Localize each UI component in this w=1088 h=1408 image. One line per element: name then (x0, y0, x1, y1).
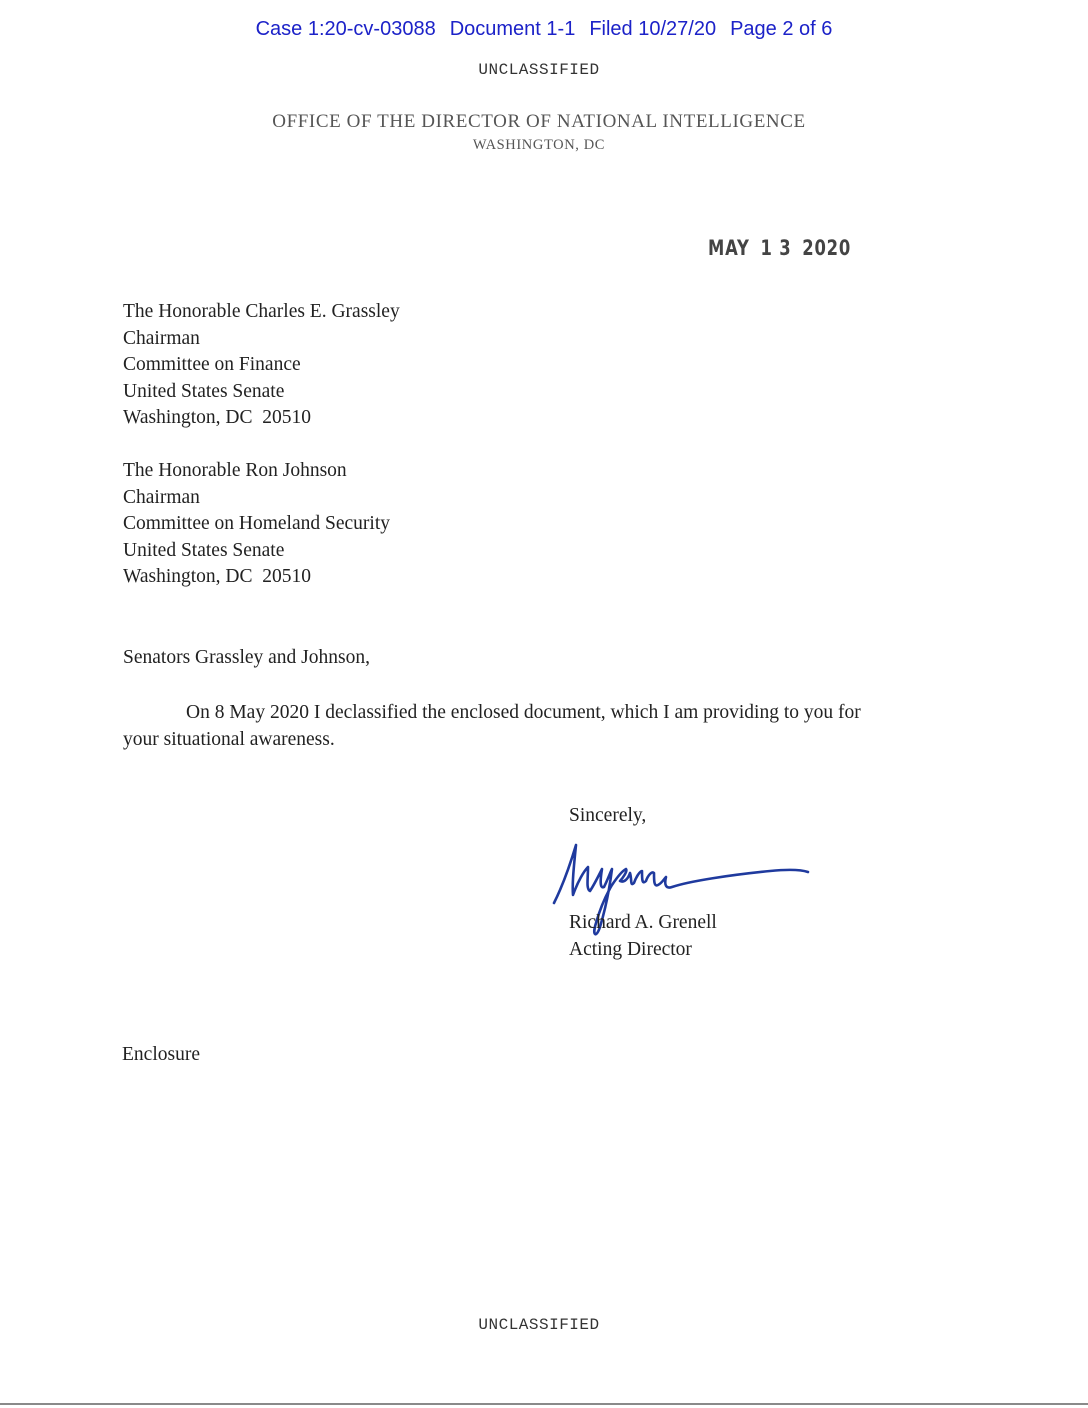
date-stamp-month: MAY (708, 236, 750, 260)
signer-title: Acting Director (569, 937, 717, 964)
recipient-line: The Honorable Ron Johnson (123, 458, 390, 485)
body-line: your situational awareness. (123, 727, 943, 754)
recipient-line: Chairman (123, 485, 390, 512)
signer-name: Richard A. Grenell (569, 910, 717, 937)
page-bottom-edge (0, 1403, 1088, 1405)
enclosure-note: Enclosure (122, 1042, 200, 1069)
recipient-line: Committee on Homeland Security (123, 511, 390, 538)
page-number: Page 2 of 6 (730, 18, 832, 40)
case-number: Case 1:20-cv-03088 (256, 18, 436, 40)
recipient-line: Committee on Finance (123, 352, 400, 379)
date-stamp: MAY1 32020 (708, 236, 851, 260)
recipient-address-1: The Honorable Charles E. Grassley Chairm… (123, 299, 400, 432)
signer-block: Richard A. Grenell Acting Director (569, 910, 717, 963)
body-line: On 8 May 2020 I declassified the enclose… (123, 700, 943, 727)
salutation: Senators Grassley and Johnson, (123, 645, 370, 672)
recipient-line: Washington, DC 20510 (123, 564, 390, 591)
document-number: Document 1-1 (450, 18, 576, 40)
filed-date: Filed 10/27/20 (589, 18, 716, 40)
recipient-line: United States Senate (123, 538, 390, 565)
closing: Sincerely, (569, 803, 646, 830)
body-paragraph: On 8 May 2020 I declassified the enclose… (123, 700, 943, 753)
recipient-line: Washington, DC 20510 (123, 405, 400, 432)
court-filing-header: Case 1:20-cv-03088Document 1-1Filed 10/2… (0, 18, 1088, 41)
date-stamp-day: 1 3 (761, 236, 792, 260)
recipient-address-2: The Honorable Ron Johnson Chairman Commi… (123, 458, 390, 591)
recipient-line: United States Senate (123, 379, 400, 406)
letterhead-agency: OFFICE OF THE DIRECTOR OF NATIONAL INTEL… (0, 111, 1078, 133)
recipient-line: The Honorable Charles E. Grassley (123, 299, 400, 326)
classification-marking-top: UNCLASSIFIED (0, 61, 1078, 79)
recipient-line: Chairman (123, 326, 400, 353)
date-stamp-year: 2020 (802, 236, 851, 260)
classification-marking-bottom: UNCLASSIFIED (0, 1316, 1078, 1334)
letterhead-city: WASHINGTON, DC (0, 137, 1078, 154)
